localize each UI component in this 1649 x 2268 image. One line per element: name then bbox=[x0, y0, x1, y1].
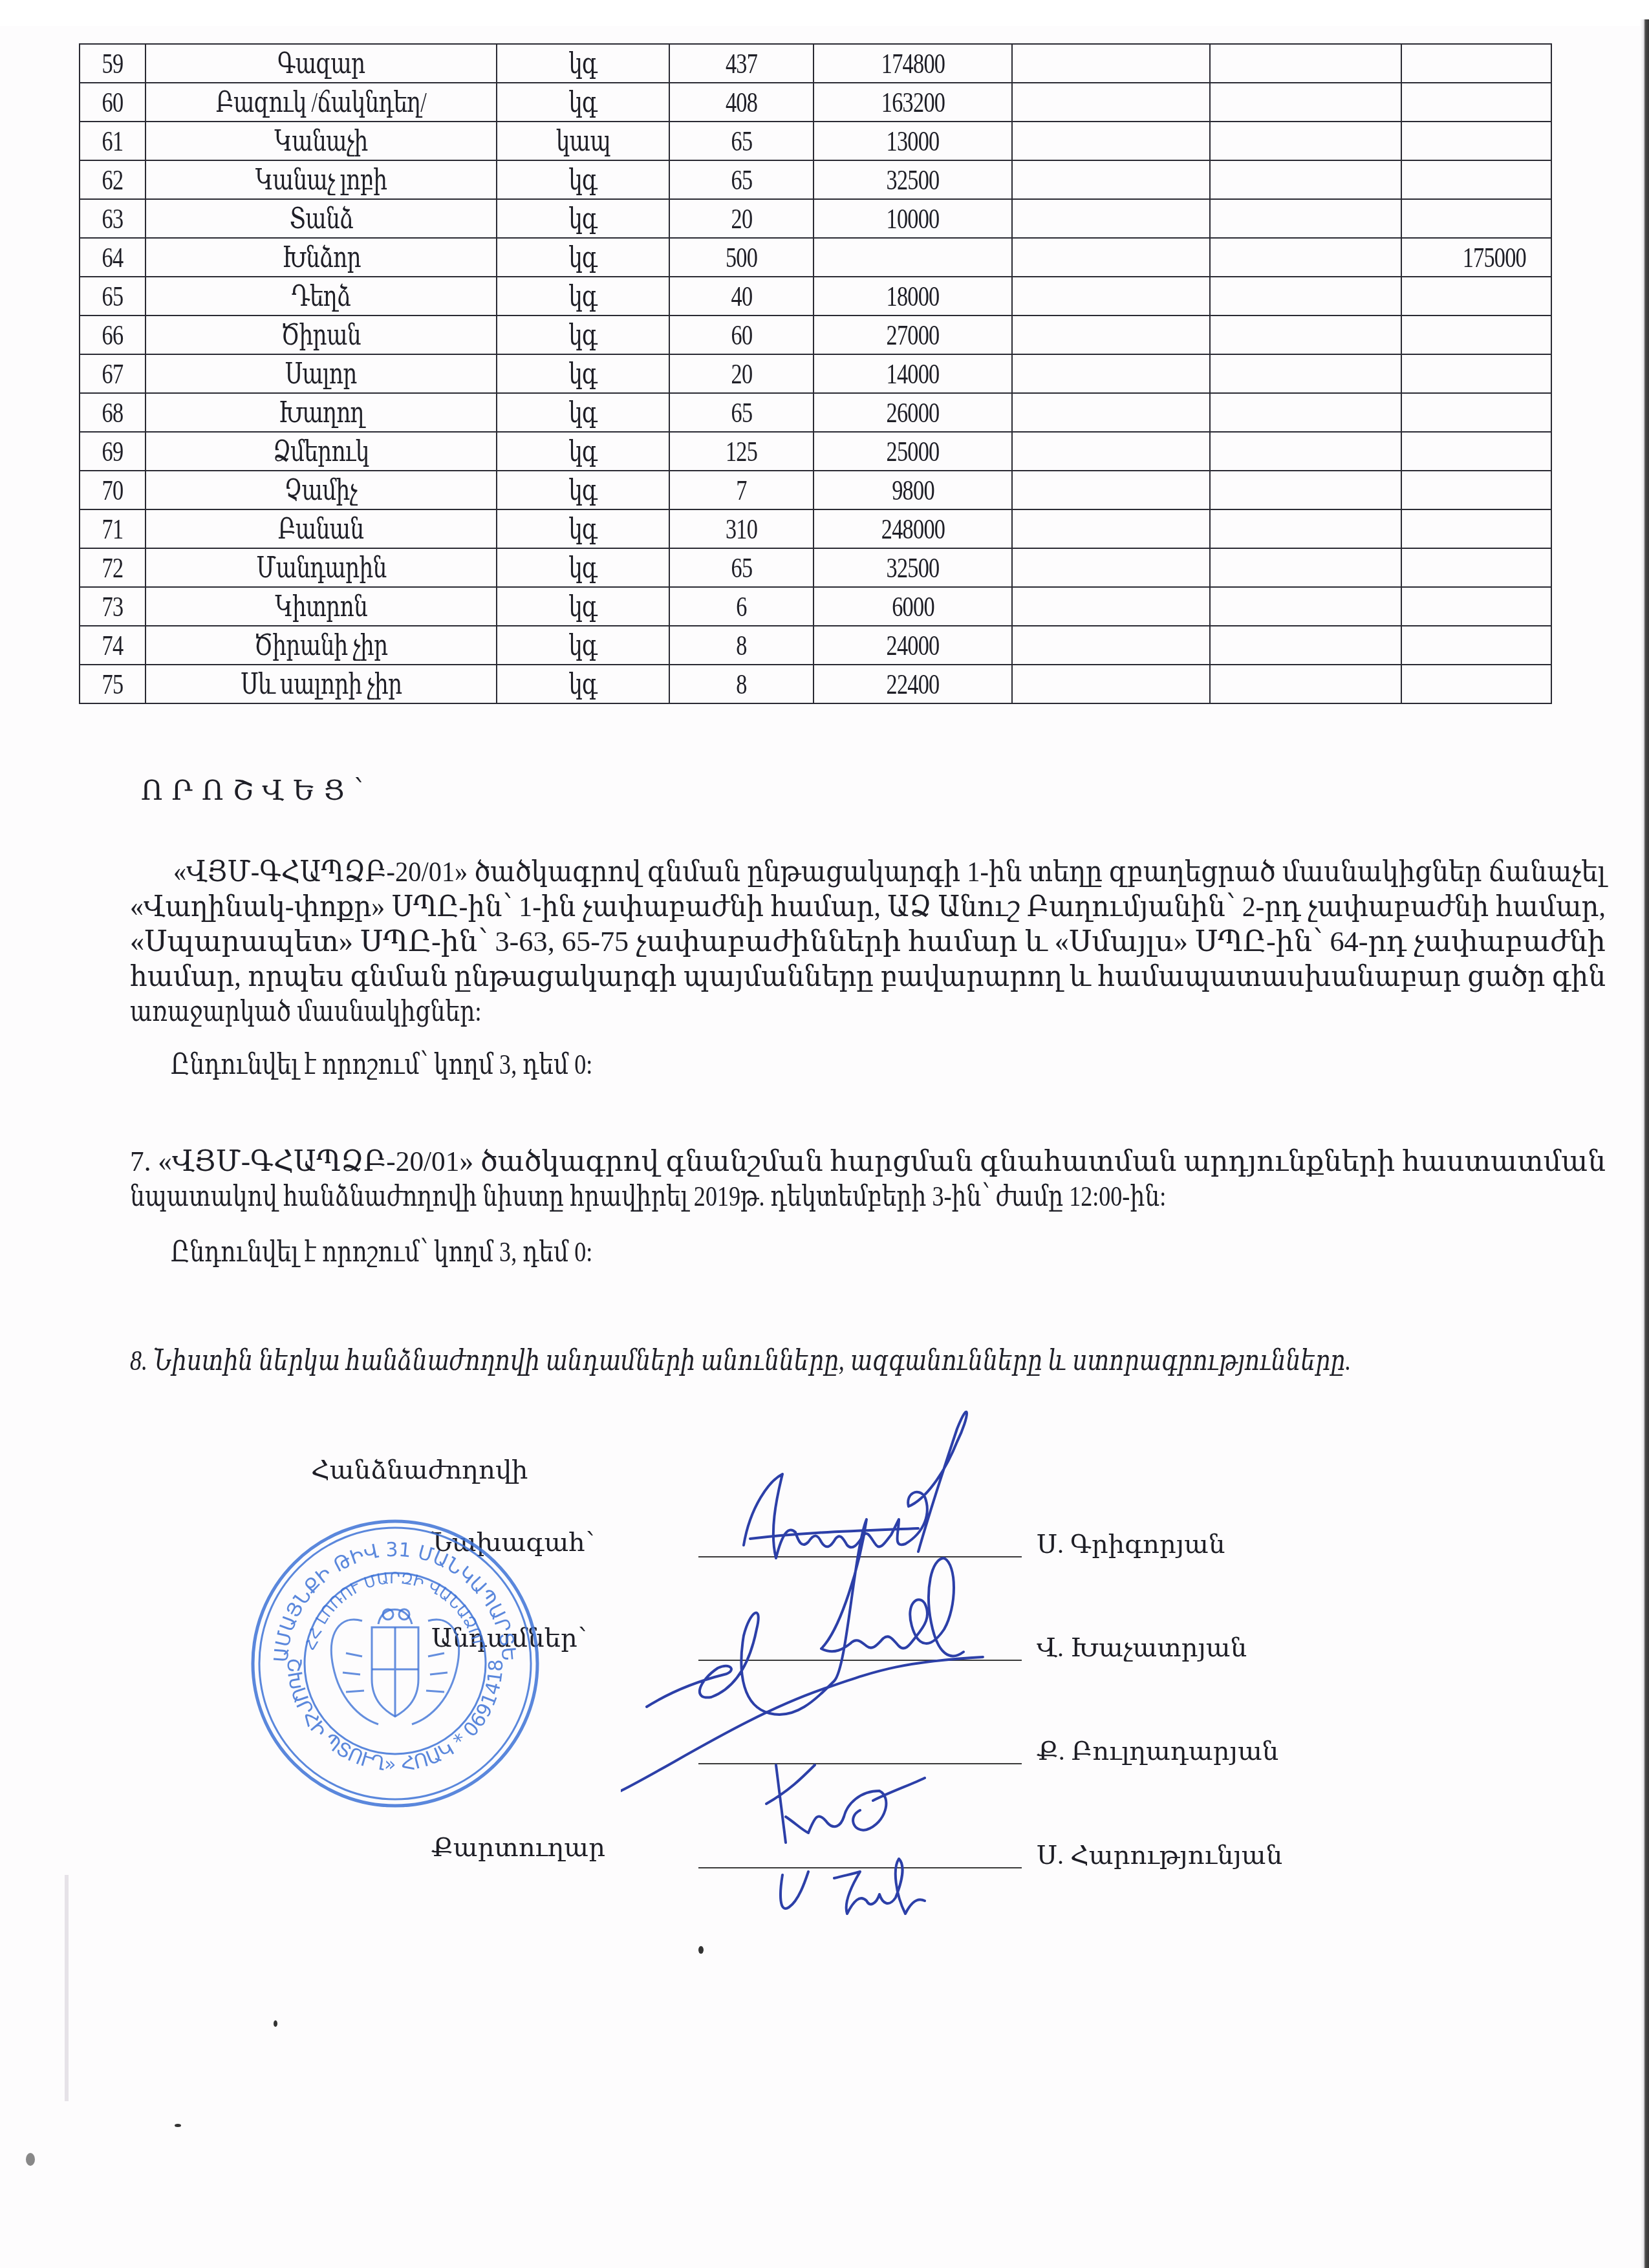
coat-of-arms-icon bbox=[331, 1609, 458, 1724]
price-col-1-text: 27000 bbox=[887, 319, 940, 352]
unit-text: կգ bbox=[569, 164, 598, 197]
price-col-2-cell bbox=[1012, 199, 1210, 238]
item7-vote: Ընդունվել է որոշում՝ կողմ 3, դեմ 0: bbox=[171, 1235, 685, 1270]
row-number-cell: 62 bbox=[80, 160, 145, 199]
price-col-1-cell: 14000 bbox=[814, 354, 1012, 393]
table-row: 64Խնձորկգ500175000 bbox=[80, 238, 1551, 277]
table-row: 71Բանանկգ310248000 bbox=[80, 509, 1551, 548]
row-number-text: 74 bbox=[102, 629, 124, 662]
unit-text: կապ bbox=[555, 125, 610, 158]
item-name-cell: Գազար bbox=[145, 44, 497, 83]
price-col-1-text: 25000 bbox=[887, 435, 940, 468]
unit-text: կգ bbox=[569, 551, 598, 584]
price-col-1-text: 174800 bbox=[881, 47, 944, 80]
price-col-4-cell bbox=[1401, 277, 1551, 316]
table-row: 61Կանաչիկապ6513000 bbox=[80, 122, 1551, 160]
quantity-text: 6 bbox=[736, 590, 746, 623]
price-col-3-cell bbox=[1210, 199, 1401, 238]
price-col-1-cell bbox=[814, 238, 1012, 277]
price-col-3-cell bbox=[1210, 316, 1401, 354]
price-col-1-text: 18000 bbox=[887, 280, 940, 313]
price-col-1-text: 24000 bbox=[887, 629, 940, 662]
price-col-2-cell bbox=[1012, 122, 1210, 160]
item-name-cell: Կիտրոն bbox=[145, 587, 497, 626]
price-col-3-cell bbox=[1210, 238, 1401, 277]
unit-cell: կգ bbox=[497, 354, 669, 393]
row-number-text: 65 bbox=[102, 280, 124, 313]
unit-cell: կգ bbox=[497, 587, 669, 626]
price-col-2-cell bbox=[1012, 665, 1210, 703]
item-name-text: Չամիչ bbox=[285, 474, 357, 507]
item-name-cell: Բազուկ /ճակնդեղ/ bbox=[145, 83, 497, 122]
price-col-1-cell: 27000 bbox=[814, 316, 1012, 354]
quantity-text: 408 bbox=[726, 86, 757, 119]
unit-cell: կգ bbox=[497, 393, 669, 432]
price-col-4-cell bbox=[1401, 471, 1551, 509]
unit-text: կգ bbox=[569, 513, 598, 546]
price-col-1-cell: 18000 bbox=[814, 277, 1012, 316]
item-name-text: Սև սալորի չիր bbox=[241, 668, 402, 701]
row-number-text: 69 bbox=[102, 435, 124, 468]
price-col-2-cell bbox=[1012, 238, 1210, 277]
item-name-text: Բանան bbox=[278, 513, 364, 546]
quantity-text: 40 bbox=[731, 280, 752, 313]
row-number-text: 59 bbox=[102, 47, 124, 80]
price-col-3-cell bbox=[1210, 587, 1401, 626]
decision-line-2: «Վաղինակ-փոքր» ՍՊԸ-ին՝ 1-ին չափաբաժնի հա… bbox=[130, 890, 1649, 925]
item8: 8. Նիստին ներկա հանձնաժողովի անդամների ա… bbox=[130, 1343, 1619, 1378]
quantity-cell: 8 bbox=[669, 626, 814, 665]
price-col-2-cell bbox=[1012, 393, 1210, 432]
price-col-3-cell bbox=[1210, 509, 1401, 548]
price-col-1-cell: 24000 bbox=[814, 626, 1012, 665]
row-number-text: 67 bbox=[102, 358, 124, 390]
price-col-2-cell bbox=[1012, 44, 1210, 83]
decision-line-4: համար, որպես գնման ընթացակարգի պայմաններ… bbox=[130, 959, 1649, 994]
table-row: 60Բազուկ /ճակնդեղ/կգ408163200 bbox=[80, 83, 1551, 122]
price-col-3-cell bbox=[1210, 277, 1401, 316]
unit-cell: կգ bbox=[497, 471, 669, 509]
secretary-signature-icon bbox=[781, 1859, 925, 1914]
quantity-text: 437 bbox=[726, 47, 757, 80]
unit-cell: կապ bbox=[497, 122, 669, 160]
price-col-2-cell bbox=[1012, 316, 1210, 354]
unit-cell: կգ bbox=[497, 160, 669, 199]
table-row: 68Խաղողկգ6526000 bbox=[80, 393, 1551, 432]
item-name-text: Բազուկ /ճակնդեղ/ bbox=[216, 86, 426, 119]
items-table: 59Գազարկգ43717480060Բազուկ /ճակնդեղ/կգ40… bbox=[79, 43, 1552, 704]
item7-line-1-text: 7. «ՎՅՄ-ԳՀԱՊՁԲ-20/01» ծածկագրով գնանշման… bbox=[130, 1144, 1606, 1179]
row-number-cell: 74 bbox=[80, 626, 145, 665]
item7-line-1: 7. «ՎՅՄ-ԳՀԱՊՁԲ-20/01» ծածկագրով գնանշման… bbox=[130, 1144, 1628, 1179]
unit-cell: կգ bbox=[497, 238, 669, 277]
price-col-4-cell bbox=[1401, 509, 1551, 548]
secretary-name: Ս. Հարությունյան bbox=[1037, 1840, 1282, 1870]
price-col-1-cell: 13000 bbox=[814, 122, 1012, 160]
row-number-text: 71 bbox=[102, 513, 124, 546]
scan-shadow-mark bbox=[65, 1875, 69, 2101]
row-number-cell: 63 bbox=[80, 199, 145, 238]
decision-vote-text: Ընդունվել է որոշում՝ կողմ 3, դեմ 0: bbox=[171, 1047, 592, 1082]
price-col-4-cell bbox=[1401, 548, 1551, 587]
price-col-2-cell bbox=[1012, 277, 1210, 316]
price-col-4-cell bbox=[1401, 122, 1551, 160]
price-col-1-cell: 32500 bbox=[814, 160, 1012, 199]
unit-text: կգ bbox=[569, 358, 598, 390]
price-col-2-cell bbox=[1012, 354, 1210, 393]
row-number-cell: 60 bbox=[80, 83, 145, 122]
price-col-4-cell bbox=[1401, 626, 1551, 665]
table-row: 62Կանաչ լոբիկգ6532500 bbox=[80, 160, 1551, 199]
table-row: 73Կիտրոնկգ66000 bbox=[80, 587, 1551, 626]
table-row: 75Սև սալորի չիրկգ822400 bbox=[80, 665, 1551, 703]
secretary-label: Քարտուղար bbox=[431, 1832, 605, 1863]
quantity-cell: 310 bbox=[669, 509, 814, 548]
unit-text: կգ bbox=[569, 474, 598, 507]
row-number-text: 64 bbox=[102, 241, 124, 274]
table-row: 72Մանդարինկգ6532500 bbox=[80, 548, 1551, 587]
row-number-text: 68 bbox=[102, 396, 124, 429]
decision-line-5-text: առաջարկած մասնակիցներ: bbox=[130, 994, 481, 1029]
item-name-cell: Խնձոր bbox=[145, 238, 497, 277]
price-col-3-cell bbox=[1210, 122, 1401, 160]
item8-text: 8. Նիստին ներկա հանձնաժողովի անդամների ա… bbox=[130, 1343, 1351, 1378]
table-row: 74Ծիրանի չիրկգ824000 bbox=[80, 626, 1551, 665]
price-col-1-cell: 26000 bbox=[814, 393, 1012, 432]
quantity-cell: 437 bbox=[669, 44, 814, 83]
unit-cell: կգ bbox=[497, 44, 669, 83]
price-col-1-cell: 22400 bbox=[814, 665, 1012, 703]
unit-cell: կգ bbox=[497, 316, 669, 354]
row-number-cell: 59 bbox=[80, 44, 145, 83]
item-name-cell: Ծիրան bbox=[145, 316, 497, 354]
quantity-cell: 408 bbox=[669, 83, 814, 122]
quantity-cell: 7 bbox=[669, 471, 814, 509]
price-col-3-cell bbox=[1210, 83, 1401, 122]
decision-line-2-text: «Վաղինակ-փոքր» ՍՊԸ-ին՝ 1-ին չափաբաժնի հա… bbox=[130, 890, 1606, 925]
price-col-3-cell bbox=[1210, 44, 1401, 83]
item-name-cell: Սև սալորի չիր bbox=[145, 665, 497, 703]
quantity-cell: 6 bbox=[669, 587, 814, 626]
price-col-3-cell bbox=[1210, 160, 1401, 199]
price-col-1-text: 32500 bbox=[887, 164, 940, 197]
item-name-cell: Չամիչ bbox=[145, 471, 497, 509]
row-number-text: 61 bbox=[102, 125, 124, 158]
scanned-document-page: 59Գազարկգ43717480060Բազուկ /ճակնդեղ/կգ40… bbox=[0, 0, 1649, 2268]
items-table-body: 59Գազարկգ43717480060Բազուկ /ճակնդեղ/կգ40… bbox=[80, 44, 1551, 703]
row-number-cell: 68 bbox=[80, 393, 145, 432]
item-name-text: Ծիրան bbox=[281, 319, 361, 352]
unit-cell: կգ bbox=[497, 432, 669, 471]
price-col-3-cell bbox=[1210, 665, 1401, 703]
item-name-text: Գազար bbox=[277, 47, 365, 80]
price-col-1-text: 6000 bbox=[892, 590, 934, 623]
unit-text: կգ bbox=[569, 396, 598, 429]
price-col-4-cell bbox=[1401, 199, 1551, 238]
quantity-text: 310 bbox=[726, 513, 757, 546]
unit-text: կգ bbox=[569, 86, 598, 119]
decision-line-4-text: համար, որպես գնման ընթացակարգի պայմաններ… bbox=[130, 959, 1606, 994]
price-col-2-cell bbox=[1012, 83, 1210, 122]
unit-text: կգ bbox=[569, 590, 598, 623]
price-col-4-text: 175000 bbox=[1463, 241, 1526, 274]
price-col-2-cell bbox=[1012, 626, 1210, 665]
quantity-cell: 65 bbox=[669, 122, 814, 160]
row-number-cell: 72 bbox=[80, 548, 145, 587]
row-number-text: 75 bbox=[102, 668, 124, 701]
price-col-1-text: 10000 bbox=[887, 202, 940, 235]
row-number-cell: 73 bbox=[80, 587, 145, 626]
price-col-4-cell: 175000 bbox=[1401, 238, 1551, 277]
price-col-4-cell bbox=[1401, 354, 1551, 393]
row-number-cell: 64 bbox=[80, 238, 145, 277]
quantity-text: 65 bbox=[731, 125, 752, 158]
scan-speck bbox=[175, 2124, 181, 2127]
item-name-text: Խնձոր bbox=[282, 241, 361, 274]
item-name-cell: Կանաչ լոբի bbox=[145, 160, 497, 199]
price-col-4-cell bbox=[1401, 83, 1551, 122]
table-row: 69Ձմերուկկգ12525000 bbox=[80, 432, 1551, 471]
item-name-text: Սալոր bbox=[285, 358, 357, 390]
price-col-2-cell bbox=[1012, 509, 1210, 548]
item-name-text: Խաղող bbox=[278, 396, 363, 429]
official-stamp: ՀԱՄԱՅՆՔԻ ԹԻՎ 31 ՄԱՆԿԱՊԱՐՏԵԶ «ԱՇԽԱՐՀԻ ՊՏՈ… bbox=[249, 1517, 541, 1810]
row-number-cell: 75 bbox=[80, 665, 145, 703]
scan-speck bbox=[698, 1946, 704, 1954]
row-number-cell: 71 bbox=[80, 509, 145, 548]
item-name-cell: Խաղող bbox=[145, 393, 497, 432]
price-col-3-cell bbox=[1210, 393, 1401, 432]
price-col-3-cell bbox=[1210, 471, 1401, 509]
item-name-text: Կանաչ լոբի bbox=[255, 164, 387, 197]
price-col-4-cell bbox=[1401, 432, 1551, 471]
member1-signature-icon bbox=[647, 1519, 964, 1715]
price-col-2-cell bbox=[1012, 160, 1210, 199]
item-name-text: Կիտրոն bbox=[275, 590, 367, 623]
price-col-2-cell bbox=[1012, 587, 1210, 626]
price-col-4-cell bbox=[1401, 160, 1551, 199]
unit-text: կգ bbox=[569, 319, 598, 352]
price-col-2-cell bbox=[1012, 432, 1210, 471]
price-col-1-cell: 32500 bbox=[814, 548, 1012, 587]
row-number-cell: 66 bbox=[80, 316, 145, 354]
price-col-3-cell bbox=[1210, 626, 1401, 665]
quantity-cell: 65 bbox=[669, 393, 814, 432]
unit-cell: կգ bbox=[497, 277, 669, 316]
quantity-text: 8 bbox=[736, 668, 746, 701]
quantity-text: 65 bbox=[731, 551, 752, 584]
unit-text: կգ bbox=[569, 47, 598, 80]
decision-line-3: «Սպարապետ» ՍՊԸ-ին՝ 3-63, 65-75 չափաբաժին… bbox=[130, 925, 1595, 959]
decision-line-1: «ՎՅՄ-ԳՀԱՊՁԲ-20/01» ծածկագրով գնման ընթաց… bbox=[173, 855, 1649, 890]
item-name-text: Մանդարին bbox=[256, 551, 386, 584]
price-col-1-text: 26000 bbox=[887, 396, 940, 429]
price-col-1-text: 22400 bbox=[887, 668, 940, 701]
price-col-4-cell bbox=[1401, 44, 1551, 83]
table-row: 63Տանձկգ2010000 bbox=[80, 199, 1551, 238]
price-col-2-cell bbox=[1012, 471, 1210, 509]
scan-right-edge bbox=[1640, 19, 1649, 2268]
unit-cell: կգ bbox=[497, 83, 669, 122]
unit-text: կգ bbox=[569, 202, 598, 235]
price-col-1-cell: 9800 bbox=[814, 471, 1012, 509]
decision-line-5: առաջարկած մասնակիցներ: bbox=[130, 994, 559, 1029]
decision-line-1-text: «ՎՅՄ-ԳՀԱՊՁԲ-20/01» ծածկագրով գնման ընթաց… bbox=[173, 855, 1606, 890]
quantity-text: 7 bbox=[736, 474, 746, 507]
unit-text: կգ bbox=[569, 241, 598, 274]
row-number-text: 70 bbox=[102, 474, 124, 507]
committee-label: Հանձնաժողովի bbox=[311, 1455, 528, 1485]
price-col-1-text: 32500 bbox=[887, 551, 940, 584]
scan-top-margin bbox=[0, 0, 1649, 26]
price-col-4-cell bbox=[1401, 665, 1551, 703]
price-col-3-cell bbox=[1210, 354, 1401, 393]
decision-heading: ՈՐՈՇՎԵՑ՝ bbox=[141, 775, 372, 807]
price-col-1-cell: 6000 bbox=[814, 587, 1012, 626]
item-name-cell: Կանաչի bbox=[145, 122, 497, 160]
unit-text: կգ bbox=[569, 280, 598, 313]
quantity-cell: 500 bbox=[669, 238, 814, 277]
quantity-cell: 20 bbox=[669, 199, 814, 238]
row-number-text: 60 bbox=[102, 86, 124, 119]
price-col-1-cell: 25000 bbox=[814, 432, 1012, 471]
item-name-text: Դեղձ bbox=[292, 280, 350, 313]
table-row: 70Չամիչկգ79800 bbox=[80, 471, 1551, 509]
handwritten-signatures bbox=[621, 1403, 1073, 1933]
row-number-cell: 70 bbox=[80, 471, 145, 509]
decision-line-3-text: «Սպարապետ» ՍՊԸ-ին՝ 3-63, 65-75 չափաբաժին… bbox=[130, 925, 1606, 959]
price-col-2-cell bbox=[1012, 548, 1210, 587]
item-name-cell: Տանձ bbox=[145, 199, 497, 238]
quantity-text: 65 bbox=[731, 164, 752, 197]
unit-cell: կգ bbox=[497, 548, 669, 587]
price-col-1-text: 163200 bbox=[881, 86, 944, 119]
decision-vote: Ընդունվել է որոշում՝ կողմ 3, դեմ 0: bbox=[171, 1047, 685, 1082]
unit-cell: կգ bbox=[497, 509, 669, 548]
item7-line-2: նպատակով հանձնաժողովի նիստը հրավիրել 201… bbox=[130, 1179, 1394, 1214]
row-number-cell: 61 bbox=[80, 122, 145, 160]
item-name-cell: Դեղձ bbox=[145, 277, 497, 316]
price-col-1-cell: 174800 bbox=[814, 44, 1012, 83]
item-name-text: Ծիրանի չիր bbox=[254, 629, 387, 662]
price-col-1-cell: 163200 bbox=[814, 83, 1012, 122]
item7-line-2-text: նպատակով հանձնաժողովի նիստը հրավիրել 201… bbox=[130, 1179, 1166, 1214]
quantity-text: 8 bbox=[736, 629, 746, 662]
price-col-1-cell: 248000 bbox=[814, 509, 1012, 548]
scan-speck bbox=[26, 2153, 35, 2166]
quantity-text: 20 bbox=[731, 202, 752, 235]
unit-cell: կգ bbox=[497, 199, 669, 238]
quantity-cell: 40 bbox=[669, 277, 814, 316]
price-col-3-cell bbox=[1210, 548, 1401, 587]
quantity-cell: 65 bbox=[669, 160, 814, 199]
quantity-text: 500 bbox=[726, 241, 757, 274]
price-col-4-cell bbox=[1401, 587, 1551, 626]
table-row: 65Դեղձկգ4018000 bbox=[80, 277, 1551, 316]
price-col-3-cell bbox=[1210, 432, 1401, 471]
item-name-cell: Ծիրանի չիր bbox=[145, 626, 497, 665]
price-col-1-text: 9800 bbox=[892, 474, 934, 507]
item-name-cell: Բանան bbox=[145, 509, 497, 548]
quantity-cell: 8 bbox=[669, 665, 814, 703]
item-name-text: Տանձ bbox=[289, 202, 352, 235]
item-name-text: Ձմերուկ bbox=[273, 435, 369, 468]
table-row: 59Գազարկգ437174800 bbox=[80, 44, 1551, 83]
quantity-text: 60 bbox=[731, 319, 752, 352]
row-number-text: 63 bbox=[102, 202, 124, 235]
unit-text: կգ bbox=[569, 629, 598, 662]
price-col-1-text: 14000 bbox=[887, 358, 940, 390]
item-name-cell: Ձմերուկ bbox=[145, 432, 497, 471]
quantity-cell: 20 bbox=[669, 354, 814, 393]
row-number-cell: 69 bbox=[80, 432, 145, 471]
price-col-1-cell: 10000 bbox=[814, 199, 1012, 238]
price-col-4-cell bbox=[1401, 393, 1551, 432]
unit-text: կգ bbox=[569, 435, 598, 468]
price-col-1-text: 13000 bbox=[887, 125, 940, 158]
member2-signature-icon bbox=[766, 1765, 925, 1843]
quantity-text: 65 bbox=[731, 396, 752, 429]
item-name-cell: Սալոր bbox=[145, 354, 497, 393]
price-col-1-text: 248000 bbox=[881, 513, 944, 546]
unit-cell: կգ bbox=[497, 665, 669, 703]
item7-vote-text: Ընդունվել է որոշում՝ կողմ 3, դեմ 0: bbox=[171, 1235, 592, 1270]
quantity-text: 125 bbox=[726, 435, 757, 468]
row-number-text: 72 bbox=[102, 551, 124, 584]
row-number-cell: 67 bbox=[80, 354, 145, 393]
price-col-4-cell bbox=[1401, 316, 1551, 354]
quantity-cell: 125 bbox=[669, 432, 814, 471]
row-number-text: 62 bbox=[102, 164, 124, 197]
row-number-text: 66 bbox=[102, 319, 124, 352]
row-number-text: 73 bbox=[102, 590, 124, 623]
item-name-text: Կանաչի bbox=[274, 125, 367, 158]
unit-text: կգ bbox=[569, 668, 598, 701]
table-row: 66Ծիրանկգ6027000 bbox=[80, 316, 1551, 354]
item-name-cell: Մանդարին bbox=[145, 548, 497, 587]
quantity-cell: 65 bbox=[669, 548, 814, 587]
table-row: 67Սալորկգ2014000 bbox=[80, 354, 1551, 393]
row-number-cell: 65 bbox=[80, 277, 145, 316]
unit-cell: կգ bbox=[497, 626, 669, 665]
quantity-cell: 60 bbox=[669, 316, 814, 354]
quantity-text: 20 bbox=[731, 358, 752, 390]
scan-speck bbox=[274, 2020, 277, 2027]
